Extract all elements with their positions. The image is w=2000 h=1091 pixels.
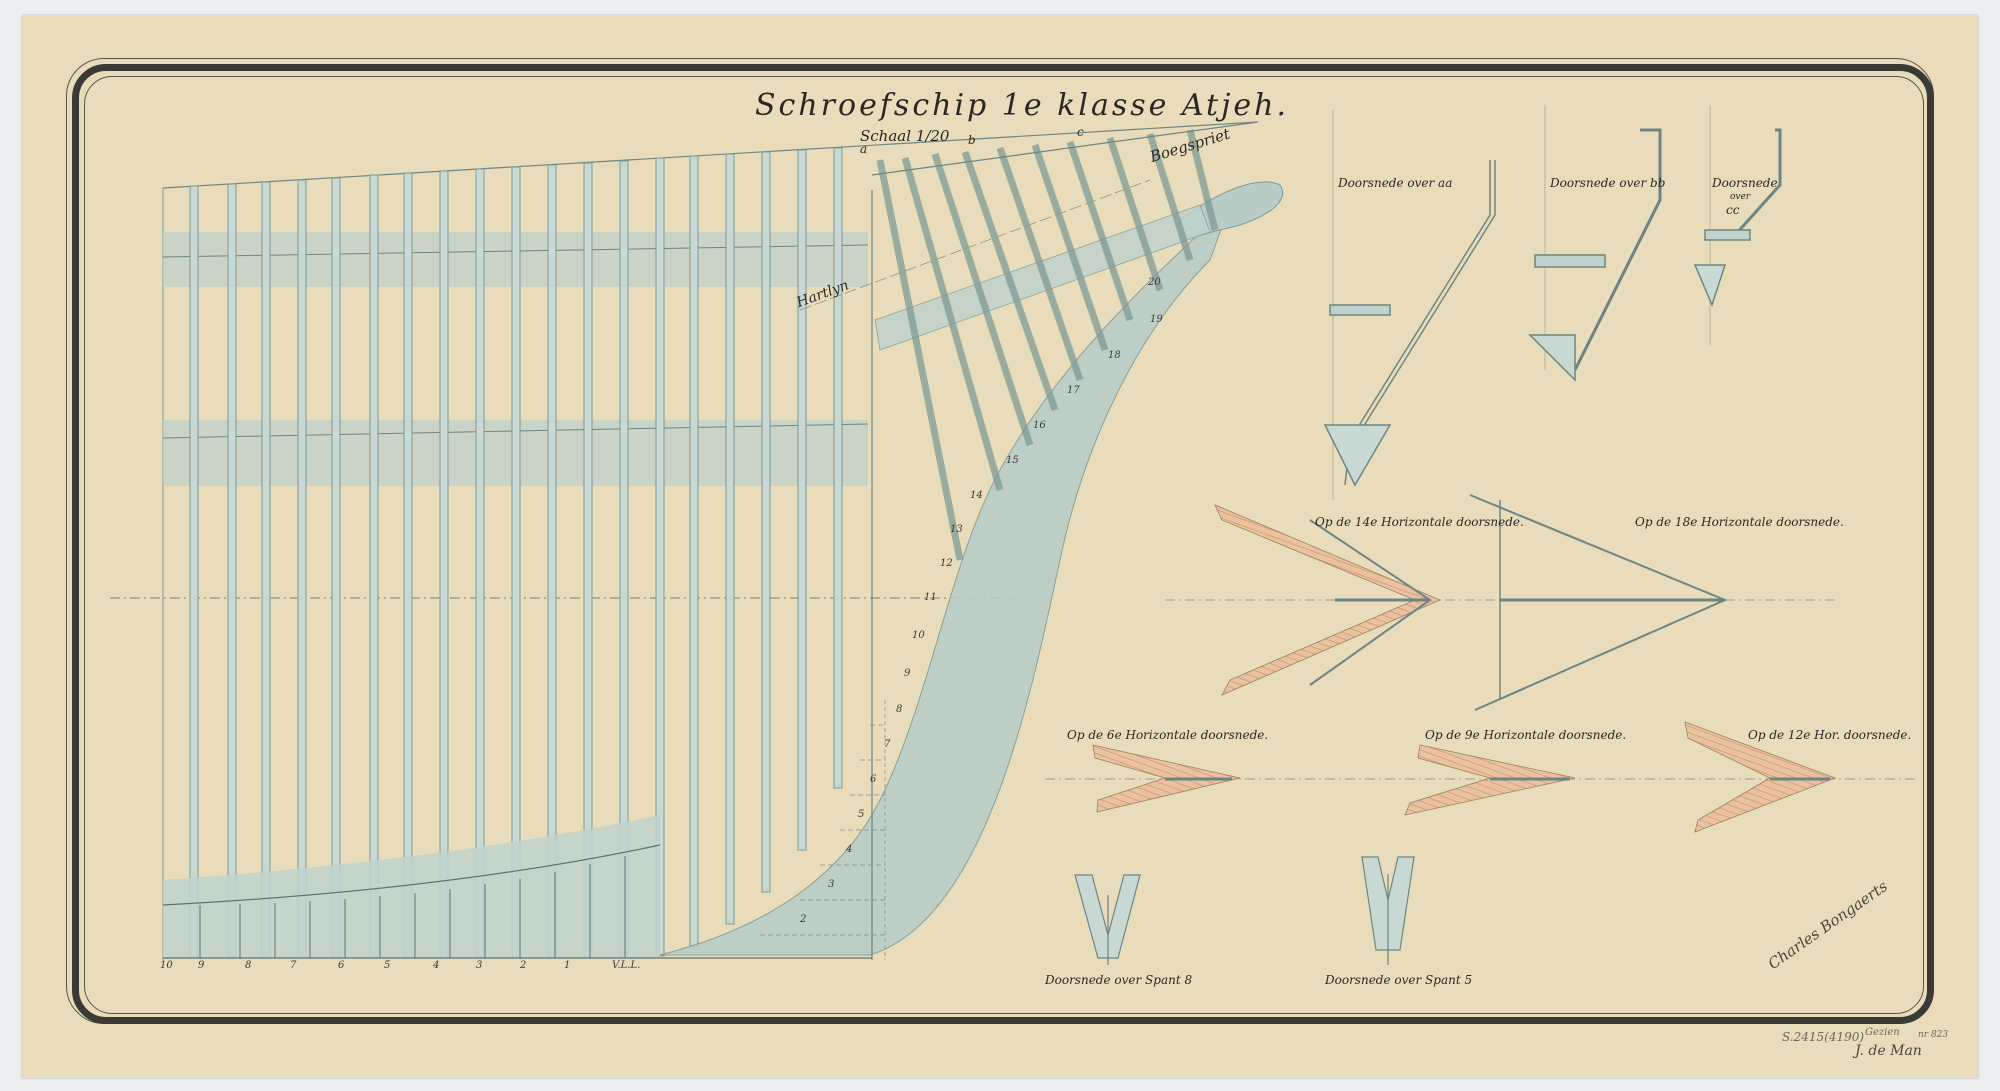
frame-number: 3: [476, 960, 482, 971]
profile-view: [110, 122, 1283, 960]
waterline-number: 11: [924, 592, 937, 603]
waterline-number: 10: [912, 630, 925, 641]
section-marker-b: b: [968, 133, 976, 147]
waterline-number: 14: [970, 490, 983, 501]
section-marker-a: a: [860, 142, 867, 156]
waterline-number: 5: [858, 809, 864, 820]
waterline-number: 9: [904, 668, 910, 679]
frame-number: 8: [245, 960, 251, 971]
archive-note: S.2415(4190): [1782, 1030, 1864, 1044]
waterline-number: 3: [828, 879, 834, 890]
waterline-number: 8: [896, 704, 902, 715]
horizontal-section-18-label: Op de 18e Horizontale doorsnede.: [1635, 515, 1844, 529]
spant-5-section-label: Doorsnede over Spant 5: [1325, 973, 1472, 987]
ship-drawing: [0, 0, 2000, 1091]
frame-sections: [1075, 857, 1414, 965]
frame-number: 6: [338, 960, 344, 971]
waterline-number: 19: [1150, 314, 1163, 325]
waterline-number: 16: [1033, 420, 1046, 431]
frame-number: 4: [433, 960, 439, 971]
cross-sections-top: [1325, 105, 1780, 500]
frame-number: 5: [384, 960, 390, 971]
approval-note: Gezien: [1865, 1027, 1900, 1038]
waterline-number: 13: [950, 524, 963, 535]
section-marker-c: c: [1077, 125, 1084, 139]
section-aa-label: Doorsnede over aa: [1338, 176, 1452, 190]
scale-label: Schaal 1/20: [860, 127, 949, 145]
inventory-number: nr 823: [1918, 1030, 1948, 1040]
waterline-number: 18: [1108, 350, 1121, 361]
waterline-number: 7: [884, 739, 890, 750]
horizontal-section-12-label: Op de 12e Hor. doorsnede.: [1748, 728, 1911, 742]
horizontal-section-6-label: Op de 6e Horizontale doorsnede.: [1067, 728, 1268, 742]
frame-number: 9: [198, 960, 204, 971]
waterline-number: 12: [940, 558, 953, 569]
section-cc-label-2: over: [1730, 192, 1750, 202]
frame-number: 2: [520, 960, 526, 971]
drawing-title: Schroefschip 1e klasse Atjeh.: [755, 88, 1289, 123]
frame-number: V.L.L.: [612, 960, 640, 971]
waterline-number: 2: [800, 914, 806, 925]
frame-number: 7: [290, 960, 296, 971]
waterline-number: 20: [1148, 277, 1161, 288]
waterline-number: 4: [846, 844, 852, 855]
section-cc-label-3: cc: [1726, 203, 1739, 217]
waterline-number: 15: [1006, 455, 1019, 466]
frame-number: 1: [564, 960, 570, 971]
horizontal-section-9-label: Op de 9e Horizontale doorsnede.: [1425, 728, 1626, 742]
section-cc-label-1: Doorsnede: [1712, 176, 1778, 190]
approval-signature: J. de Man: [1855, 1043, 1922, 1059]
section-bb-label: Doorsnede over bb: [1550, 176, 1665, 190]
horizontal-section-14-label: Op de 14e Horizontale doorsnede.: [1315, 515, 1524, 529]
waterline-number: 6: [870, 774, 876, 785]
frame-number: 10: [160, 960, 173, 971]
spant-8-section-label: Doorsnede over Spant 8: [1045, 973, 1192, 987]
waterline-number: 17: [1067, 385, 1080, 396]
